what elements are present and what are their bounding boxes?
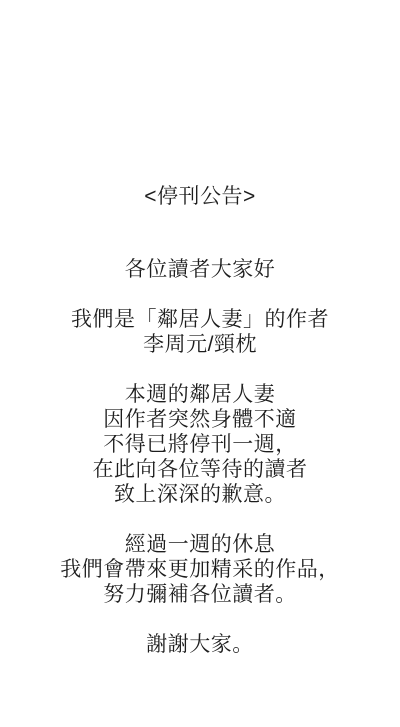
notice-page: <停刊公告> 各位讀者大家好 我們是「鄰居人妻」的作者 李周元/頸枕 本週的鄰居… bbox=[0, 0, 400, 727]
notice-line: 在此向各位等待的讀者 bbox=[0, 457, 400, 482]
notice-line: 謝謝大家。 bbox=[0, 632, 400, 657]
notice-paragraph-apology: 本週的鄰居人妻 因作者突然身體不適 不得已將停刊一週， 在此向各位等待的讀者 致… bbox=[0, 382, 400, 507]
notice-line: 李周元/頸枕 bbox=[0, 332, 400, 357]
notice-line: 因作者突然身體不適 bbox=[0, 407, 400, 432]
notice-paragraph-author: 我們是「鄰居人妻」的作者 李周元/頸枕 bbox=[0, 307, 400, 357]
notice-greeting: 各位讀者大家好 bbox=[0, 257, 400, 282]
notice-line: 我們是「鄰居人妻」的作者 bbox=[0, 307, 400, 332]
notice-paragraph-thanks: 謝謝大家。 bbox=[0, 632, 400, 657]
notice-title: <停刊公告> bbox=[0, 184, 400, 209]
notice-line: 不得已將停刊一週， bbox=[0, 432, 400, 457]
notice-line: 努力彌補各位讀者。 bbox=[0, 582, 400, 607]
notice-paragraph-promise: 經過一週的休息 我們會帶來更加精采的作品， 努力彌補各位讀者。 bbox=[0, 532, 400, 607]
notice-line: 本週的鄰居人妻 bbox=[0, 382, 400, 407]
notice-line: 致上深深的歉意。 bbox=[0, 482, 400, 507]
stop-publication-notice: <停刊公告> 各位讀者大家好 我們是「鄰居人妻」的作者 李周元/頸枕 本週的鄰居… bbox=[0, 0, 400, 657]
notice-line: 經過一週的休息 bbox=[0, 532, 400, 557]
notice-line: 我們會帶來更加精采的作品， bbox=[0, 557, 400, 582]
